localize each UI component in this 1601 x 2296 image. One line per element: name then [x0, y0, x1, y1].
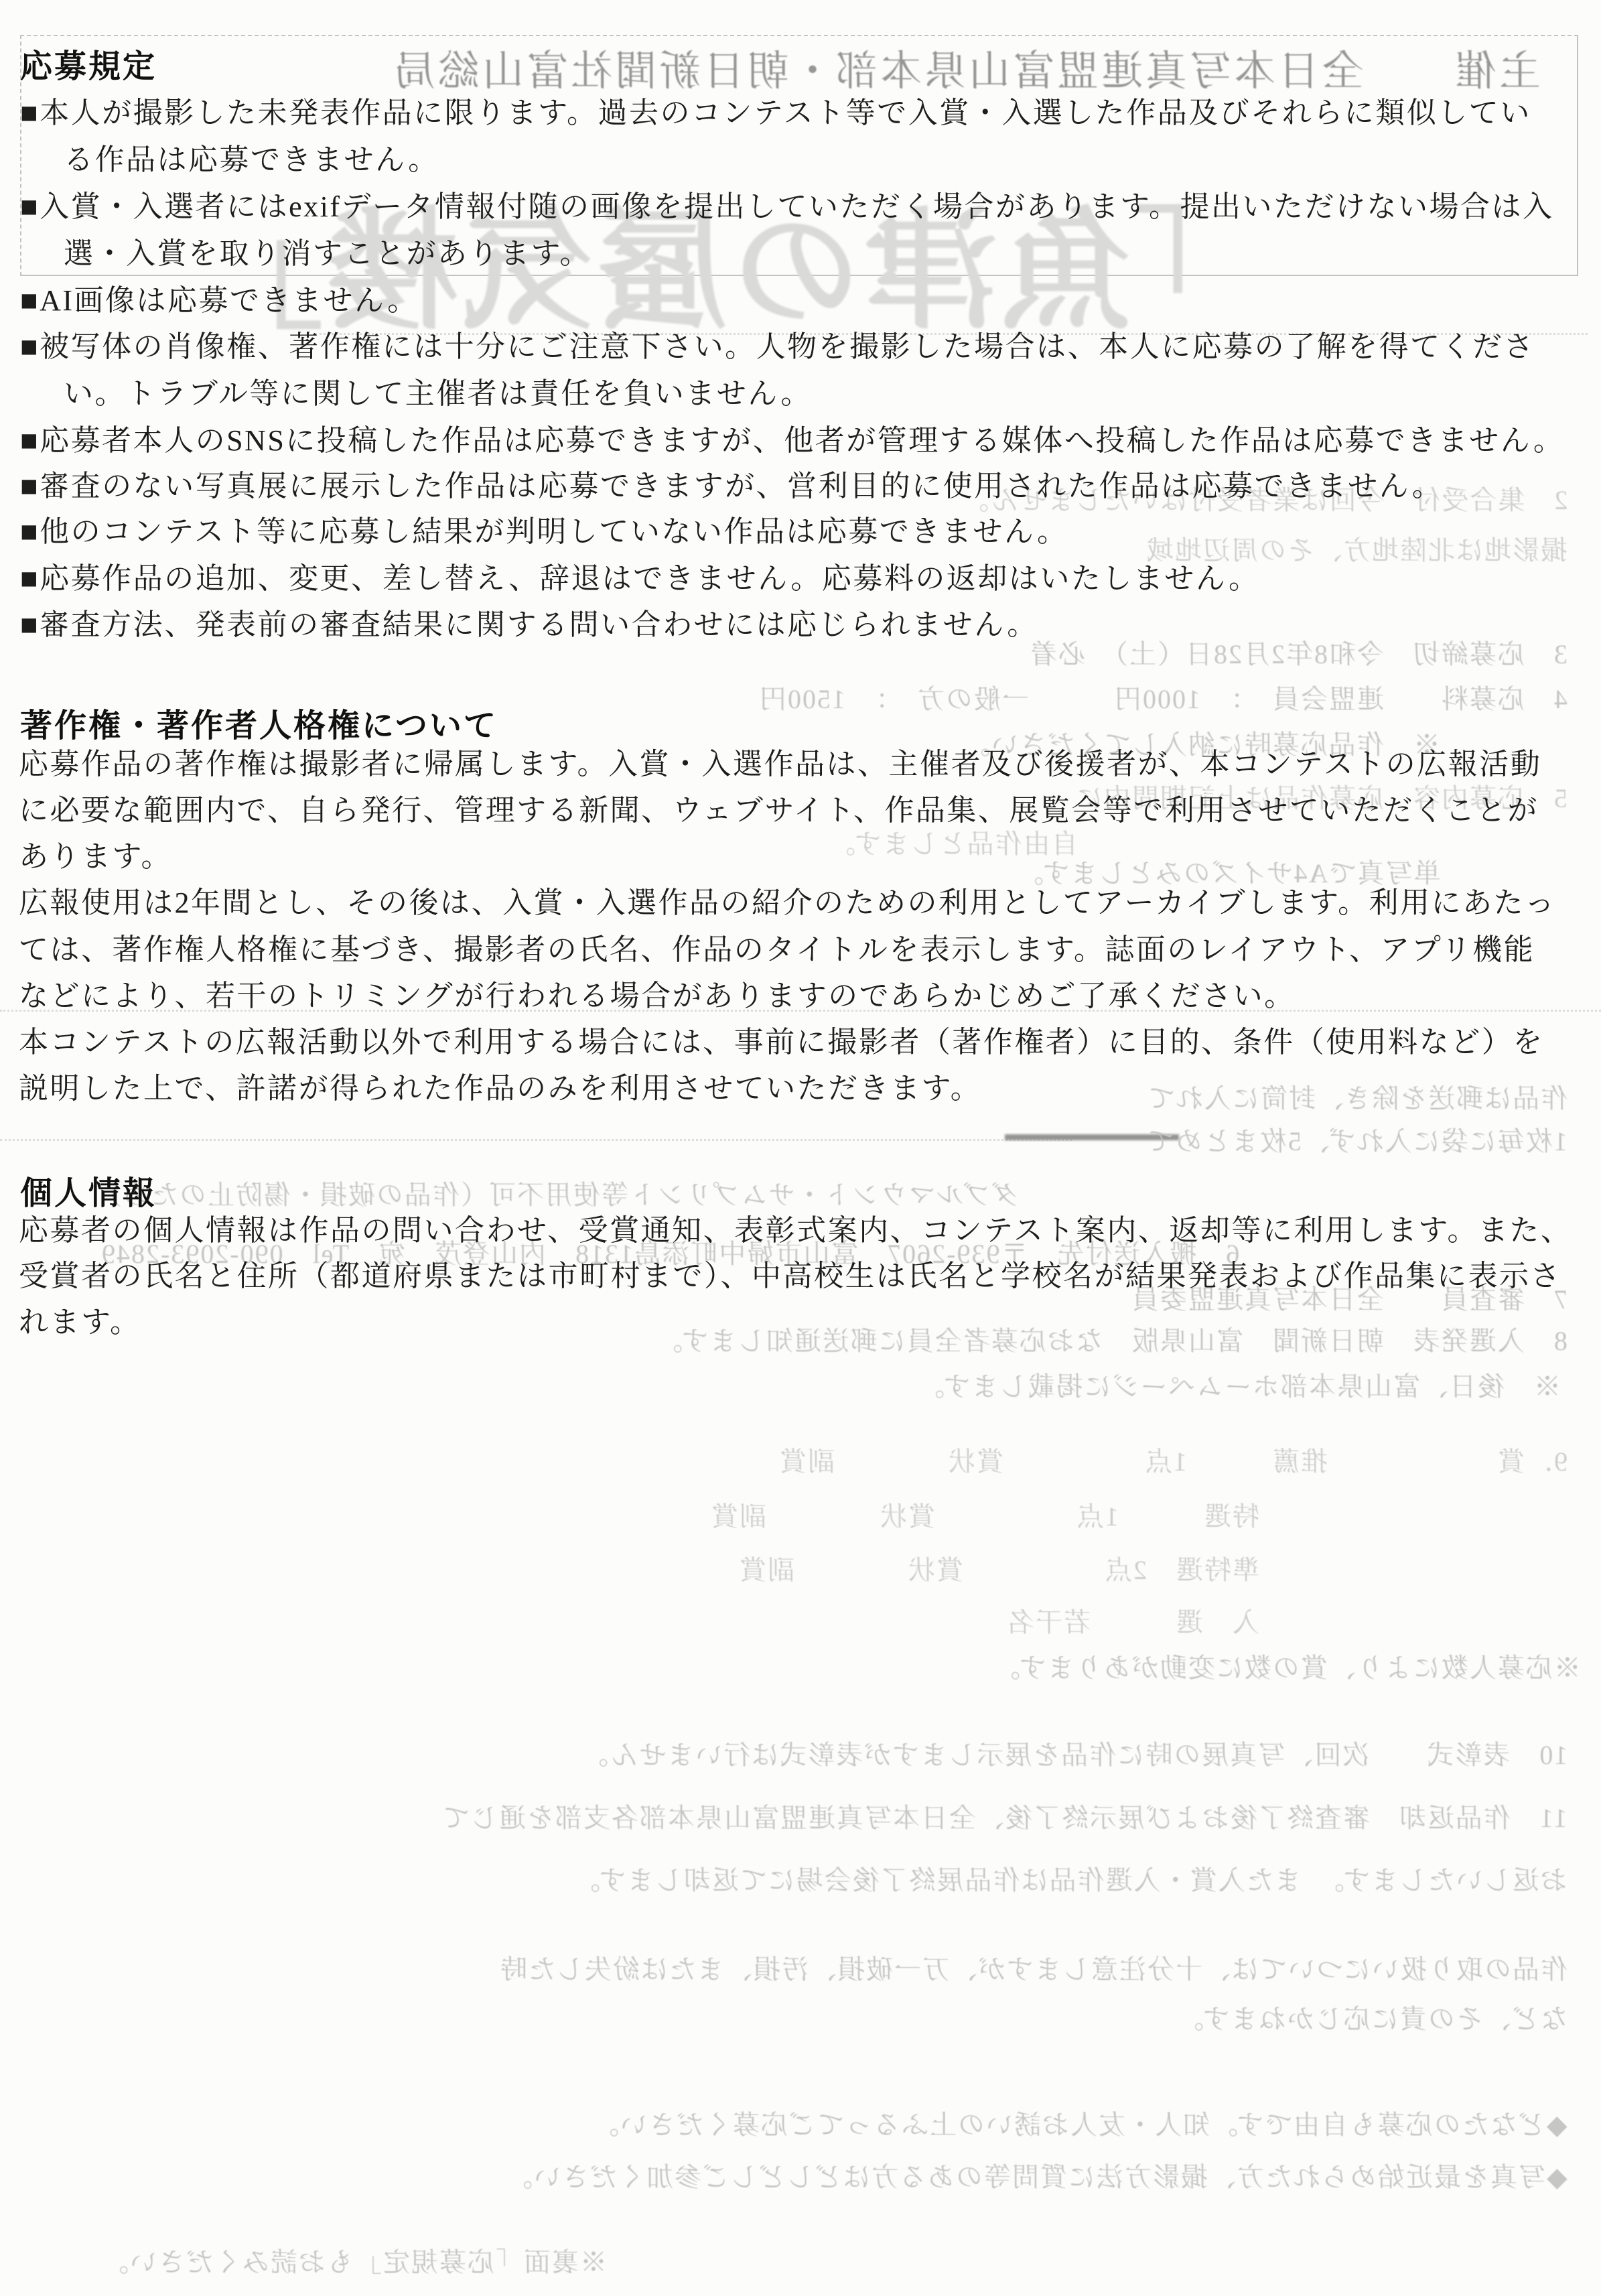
rule-line: ■AI画像は応募できません。	[20, 283, 419, 319]
rule-line: ■被写体の肖像権、著作権には十分にご注意下さい。人物を撮影した場合は、本人に応募…	[20, 330, 1535, 365]
bleed-prize-row: 準特選 2点 賞状 副賞	[738, 1549, 1259, 1587]
bleed-line: 10 表彰式 次回、写真展の時に作品を展示しますが表彰式は行いません。	[580, 1734, 1568, 1772]
privacy-line: 受賞者の氏名と住所（都道府県または市町村まで）、中高校生は氏名と学校名が結果発表…	[19, 1259, 1561, 1294]
section-title-rules: 応募規定	[20, 40, 157, 86]
rule-line-continuation: る作品は応募できません。	[64, 143, 439, 178]
bleed-line: 3 応募締切 令和8年2月28日（土） 必着	[1029, 633, 1568, 671]
bleed-line: 作品は郵送を除き、封筒に入れて	[1147, 1077, 1568, 1116]
copyright-line: 説明した上で、許諾が得られた作品のみを利用させていただきます。	[19, 1071, 981, 1107]
bleed-line: ◆写真を最近始められた方、撮影方法に質問等のある方はどしどしご参加ください。	[504, 2156, 1568, 2194]
copyright-line: あります。	[19, 839, 172, 875]
copyright-line: 広報使用は2年間とし、その後は、入賞・入選作品の紹介のための利用としてアーカイブ…	[19, 886, 1556, 921]
bleed-line: 11 作品返却 審査終了後および展示終了後、全日本写真連盟富山県本部各支部を通じ…	[441, 1797, 1568, 1835]
bleed-line: 4 応募料 連盟会員 ： 1000円 一般の方 ： 1500円	[758, 678, 1568, 716]
privacy-line: れます。	[19, 1305, 141, 1341]
rule-line: ■他のコンテスト等に応募し結果が判明していない作品は応募できません。	[20, 515, 1068, 550]
rule-line-continuation: い。トラブル等に関して主催者は責任を負いません。	[64, 377, 812, 412]
rule-line: ■本人が撮影した未発表作品に限ります。過去のコンテスト等で入賞・入選した作品及び…	[20, 96, 1531, 131]
bleed-line: 8 入選発表 朝日新聞 富山県版 なお応募者全員に郵送通知します。	[654, 1320, 1568, 1358]
rule-line-continuation: 選・入賞を取り消すことがあります。	[64, 237, 591, 272]
section-title-privacy: 個人情報	[20, 1167, 157, 1213]
rule-line: ■入賞・入選者にはexifデータ情報付随の画像を提出していただく場合があります。…	[20, 190, 1553, 225]
bleed-line: お返しいたします。 また入賞・入選作品は作品展終了後会場にて返却します。	[572, 1859, 1568, 1897]
bleed-prize-row: 9．賞 推薦 1点 賞状 副賞	[778, 1440, 1568, 1479]
scanned-document-page: { "doc": { "rules_title": "応募規定", "rules…	[0, 0, 1601, 2296]
bleed-line: ◆どなたの応募も自由です。知人・友人お誘いの上ふるってご応募ください。	[591, 2104, 1568, 2142]
rule-line: ■応募者本人のSNSに投稿した作品は応募できますが、他者が管理する媒体へ投稿した…	[20, 423, 1564, 459]
copyright-line: 本コンテストの広報活動以外で利用する場合には、事前に撮影者（著作権者）に目的、条…	[19, 1025, 1544, 1061]
bleed-prize-note: ※応募人数により、賞の数に変動があります。	[992, 1647, 1581, 1685]
bleed-line: ※裏面「応募規定」もお読みください。	[100, 2241, 607, 2279]
bleed-line: ダブルマウント・サムプリント等使用不可（作品の破損・傷防止のため）	[94, 1174, 1019, 1212]
privacy-line: 応募者の個人情報は作品の問い合わせ、受賞通知、表彰式案内、コンテスト案内、返却等…	[19, 1213, 1572, 1249]
scan-artifact-band	[0, 1139, 1072, 1141]
bleed-line: ※ 後日、富山県本部ホームページに掲載します。	[916, 1365, 1561, 1404]
rule-line: ■審査方法、発表前の審査結果に関する問い合わせには応じられません。	[20, 608, 1038, 643]
section-title-copyright: 著作権・著作者人格権について	[20, 699, 498, 746]
bleed-line: 単写真でA4サイズのみとします。	[1016, 852, 1441, 890]
rule-line: ■応募作品の追加、変更、差し替え、辞退はできません。応募料の返却はいたしません。	[20, 561, 1260, 597]
bleed-prize-row: 入 選 若干名	[1006, 1601, 1259, 1639]
copyright-line: 応募作品の著作権は撮影者に帰属します。入賞・入選作品は、主催者及び後援者が、本コ…	[19, 747, 1541, 783]
copyright-line: に必要な範囲内で、自ら発行、管理する新聞、ウェブサイト、作品集、展覧会等で利用さ…	[19, 793, 1539, 829]
bleed-line: など、その責に応じかねます。	[1176, 1998, 1568, 2036]
bleed-prize-row: 特選 1点 賞状 副賞	[710, 1495, 1259, 1534]
bleed-line: 1枚毎に袋に入れず、5枚まとめて	[1146, 1120, 1568, 1158]
bleed-organizer-line: 主催 全日本写真連盟富山県本部・朝日新聞社富山総局	[391, 38, 1541, 97]
bleed-line: 作品の取り扱いについては、十分注意しますが、万一破損、汚損、または紛失した時	[499, 1948, 1568, 1986]
copyright-line: ては、著作権人格権に基づき、撮影者の氏名、作品のタイトルを表示します。誌面のレイ…	[19, 933, 1535, 968]
copyright-line: などにより、若干のトリミングが行われる場合がありますのであらかじめご了承ください…	[19, 979, 1296, 1014]
rule-line: ■審査のない写真展に展示した作品は応募できますが、営利目的に使用された作品は応募…	[20, 469, 1443, 504]
